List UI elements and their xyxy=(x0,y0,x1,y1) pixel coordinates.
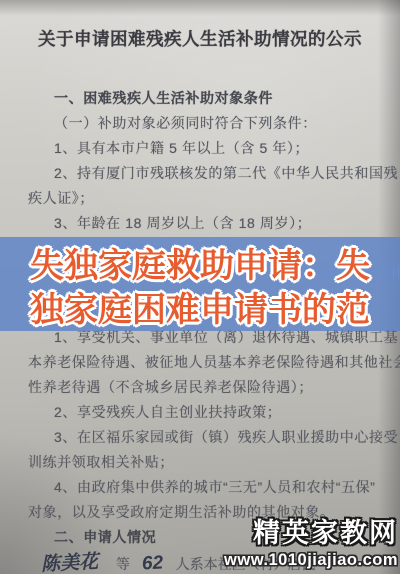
document-line: 4、由政府集中供养的城市“三无”人员和农村“五保” xyxy=(28,475,386,500)
handwritten-name-underline: 陈美花 xyxy=(28,548,112,574)
document-line: 1、具有本市户籍 5 年以上（含 5 年）； xyxy=(28,136,386,161)
top-shadow xyxy=(0,0,400,16)
document-line: （一）补助对象必须同时符合下列条件： xyxy=(28,111,386,136)
document-line: 2、持有厦门市残联核发的第二代《中华人民共和国残 xyxy=(28,161,386,186)
document-line: 一、困难残疾人生活补助对象条件 xyxy=(28,86,386,111)
document-line: 2、享受残疾人自主创业扶持政策； xyxy=(28,400,386,425)
document-line: 3、年龄在 18 周岁以上（含 18 周岁）； xyxy=(28,211,386,236)
document-line: 3、在区福乐家园或街（镇）残疾人职业援助中心接受 xyxy=(28,425,386,450)
caption-headline-line1: 失独家庭救助申请：失 xyxy=(0,244,400,288)
handwritten-count: 62 xyxy=(142,552,164,574)
document-line: 疾人证》； xyxy=(28,186,386,211)
document-line: 性养老待遇（不含城乡居民养老保险待遇）； xyxy=(28,375,386,400)
label-deng: 等 xyxy=(116,556,130,572)
document-line: 本养老保险待遇、被征地人员基本养老保险待遇和其他社会 xyxy=(28,350,386,375)
document-title: 关于申请困难残疾人生活补助情况的公示 xyxy=(0,26,400,51)
watermark-site-name: 精英家教网 xyxy=(253,511,398,550)
caption-headline-line2: 独家庭困难申请书的范 xyxy=(0,288,400,332)
watermark-site-url: www.1010jiajiao.com xyxy=(224,551,398,570)
handwritten-count-underline: 62 xyxy=(134,553,172,574)
document-line: 训练并领取相关补贴； xyxy=(28,450,386,475)
handwritten-name: 陈美花 xyxy=(41,547,99,574)
